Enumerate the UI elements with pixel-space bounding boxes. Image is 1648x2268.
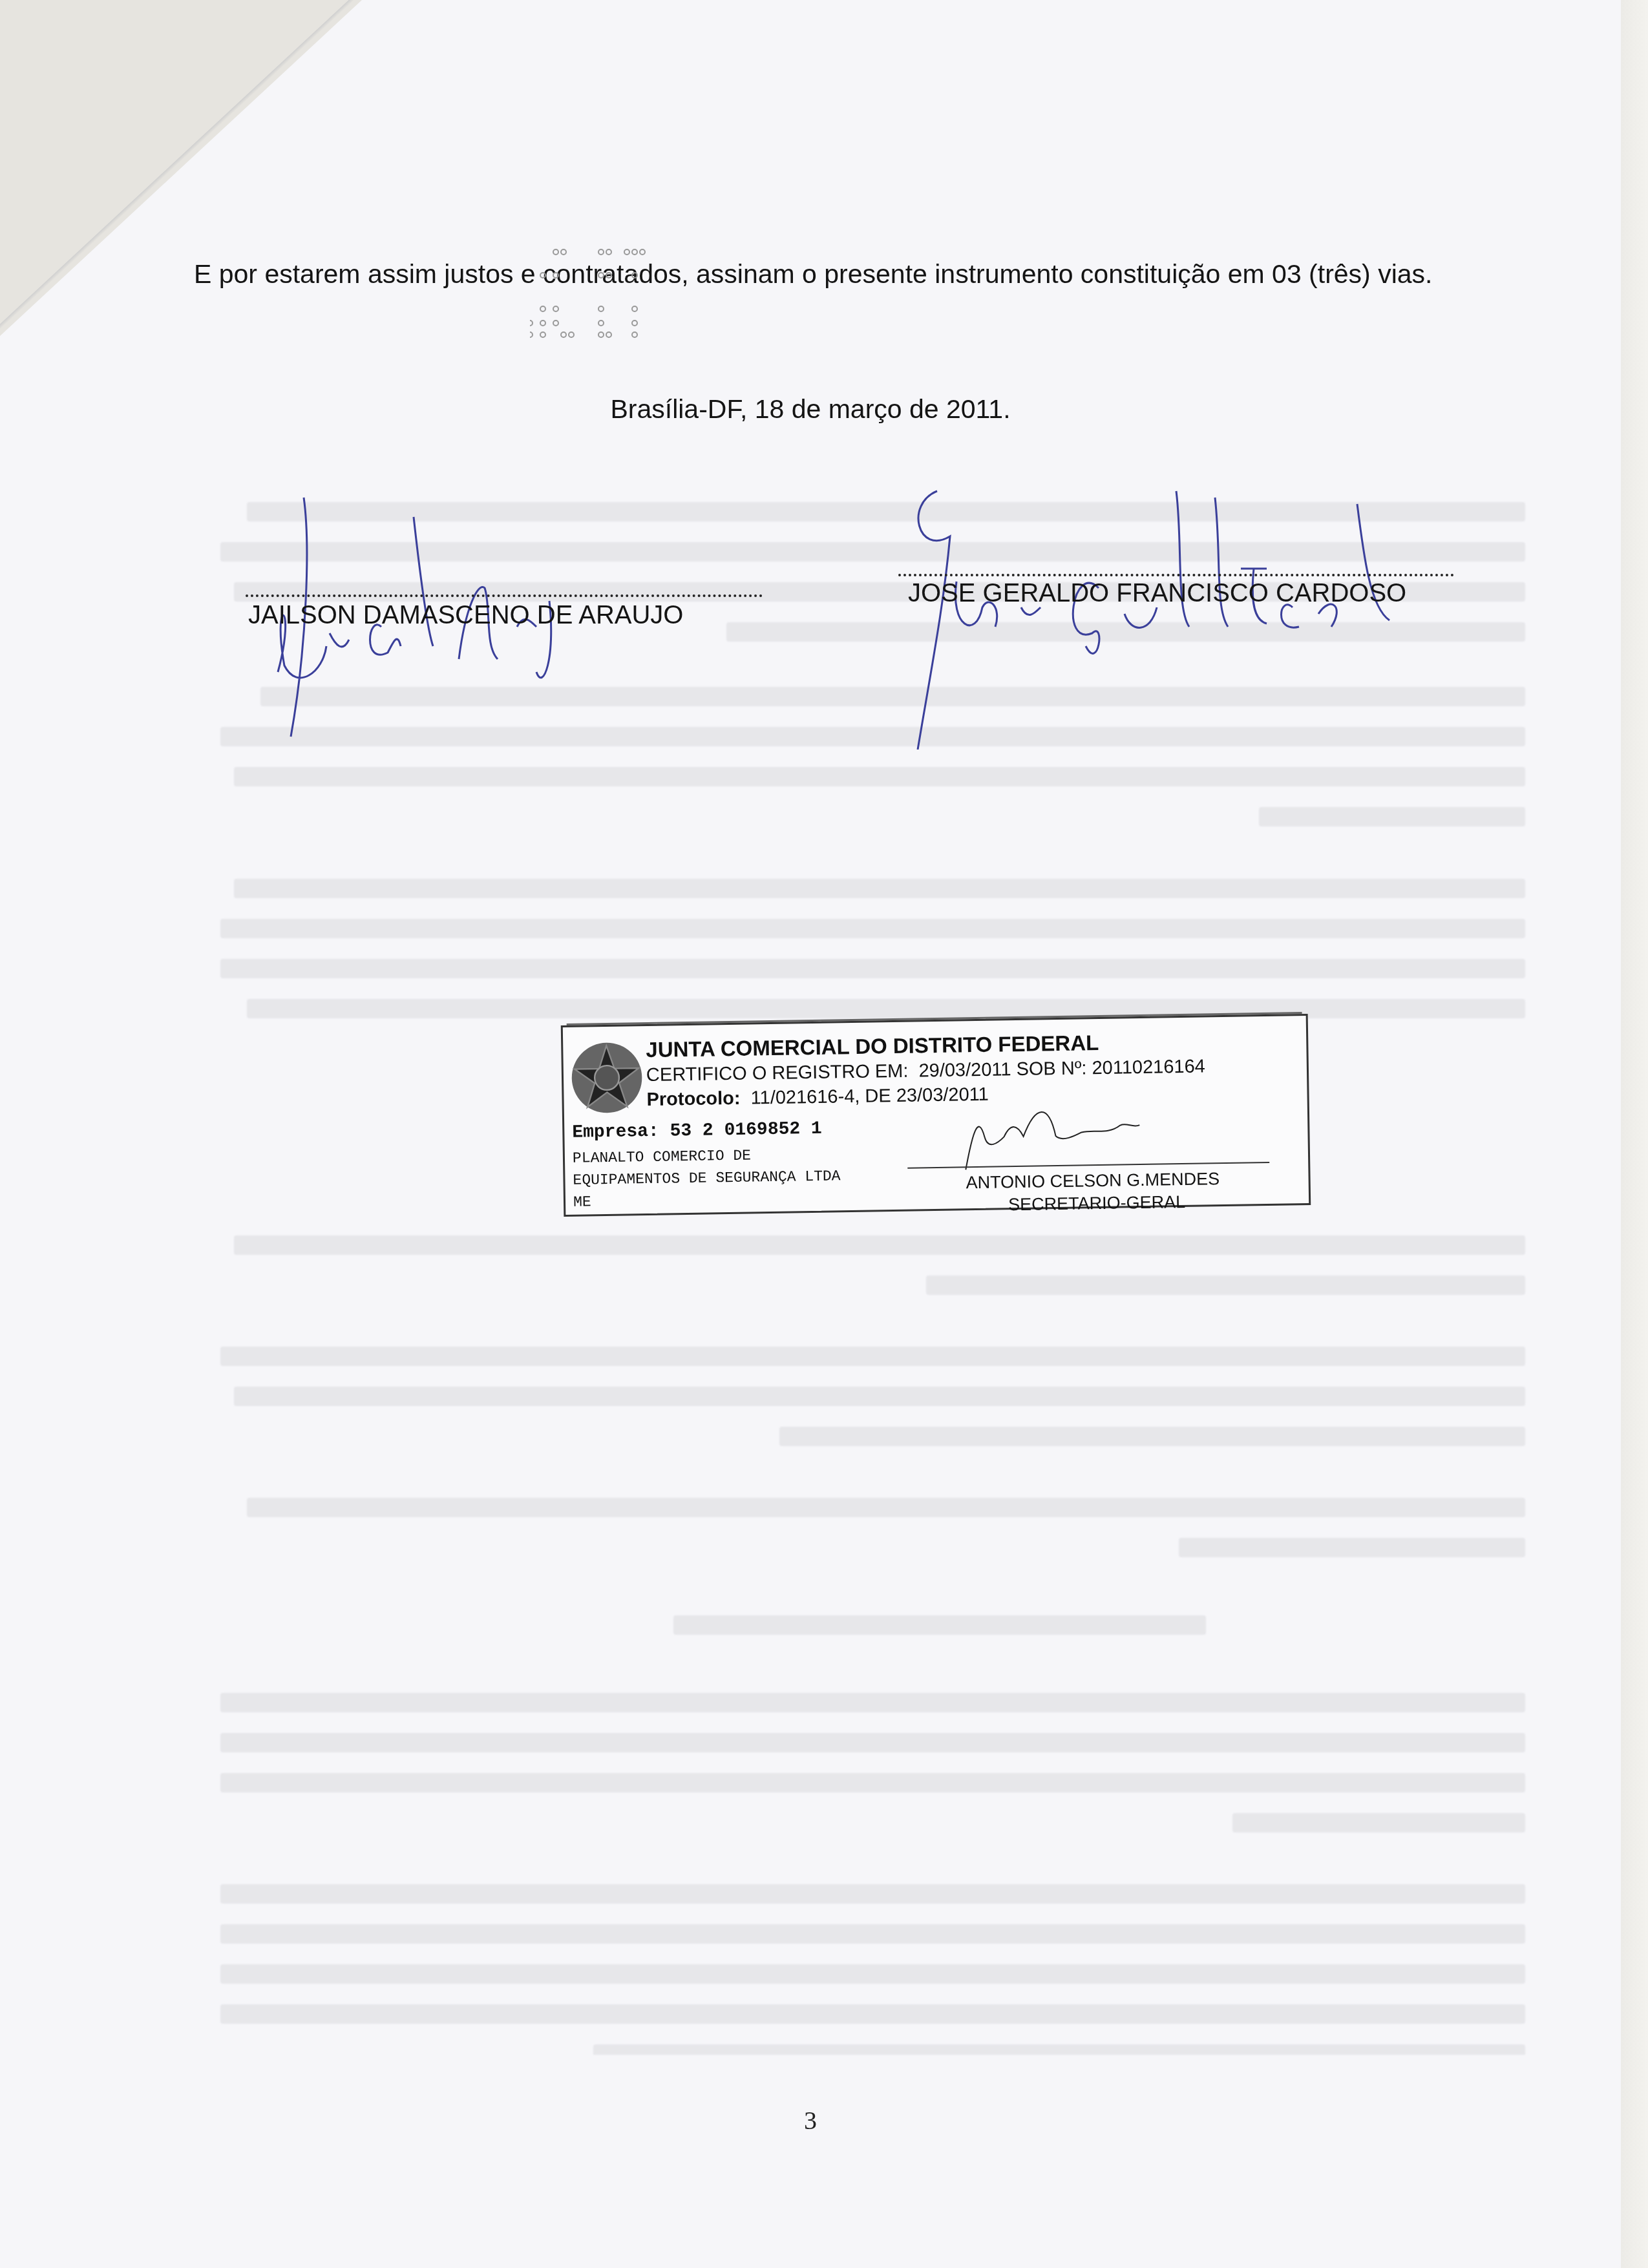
signature-line bbox=[898, 574, 1454, 576]
scanner-background-edge bbox=[1621, 0, 1648, 2268]
company-name-line: ME bbox=[573, 1191, 591, 1213]
document-page: E por estarem assim justos e contratados… bbox=[0, 0, 1621, 2268]
certificate-label: CERTIFICO O REGISTRO EM: bbox=[646, 1061, 909, 1086]
official-title: SECRETARIO-GERAL bbox=[1008, 1192, 1186, 1215]
brazil-coat-of-arms-icon bbox=[568, 1039, 646, 1117]
signatory-name: JOSE GERALDO FRANCISCO CARDOSO bbox=[908, 579, 1406, 608]
official-signature-line bbox=[907, 1162, 1269, 1169]
closing-paragraph: E por estarem assim justos e contratados… bbox=[194, 251, 1493, 297]
signatory-name: JAILSON DAMASCENO DE ARAUJO bbox=[248, 601, 683, 630]
company-id: 53 2 0169852 1 bbox=[670, 1119, 822, 1142]
bleed-through-texture bbox=[194, 840, 1525, 1034]
registration-stamp: JUNTA COMERCIAL DO DISTRITO FEDERAL CERT… bbox=[561, 1014, 1311, 1217]
place-date: Brasília-DF, 18 de março de 2011. bbox=[0, 394, 1621, 425]
registration-number: 20110216164 bbox=[1092, 1056, 1205, 1078]
company-id-line: Empresa: 53 2 0169852 1 bbox=[572, 1119, 822, 1143]
protocol-value: 11/021616-4, DE 23/03/2011 bbox=[750, 1084, 989, 1109]
stamp-protocol-line: Protocolo: 11/021616-4, DE 23/03/2011 bbox=[646, 1084, 989, 1111]
stamp-authority: JUNTA COMERCIAL DO DISTRITO FEDERAL bbox=[646, 1031, 1099, 1062]
company-name-line: PLANALTO COMERCIO DE bbox=[573, 1145, 752, 1170]
signature-line bbox=[246, 594, 763, 597]
registration-date: 29/03/2011 bbox=[918, 1059, 1011, 1081]
company-name-line: EQUIPAMENTOS DE SEGURANÇA LTDA bbox=[573, 1165, 841, 1191]
bleed-through-texture bbox=[194, 481, 1525, 843]
number-label: SOB Nº: bbox=[1016, 1058, 1086, 1080]
page-number: 3 bbox=[0, 2105, 1621, 2136]
company-id-label: Empresa: bbox=[572, 1122, 659, 1143]
protocol-label: Protocolo: bbox=[646, 1088, 740, 1110]
bleed-through-texture bbox=[194, 1215, 1525, 2055]
signature-jose bbox=[879, 478, 1590, 750]
official-name: ANTONIO CELSON G.MENDES bbox=[966, 1169, 1220, 1193]
